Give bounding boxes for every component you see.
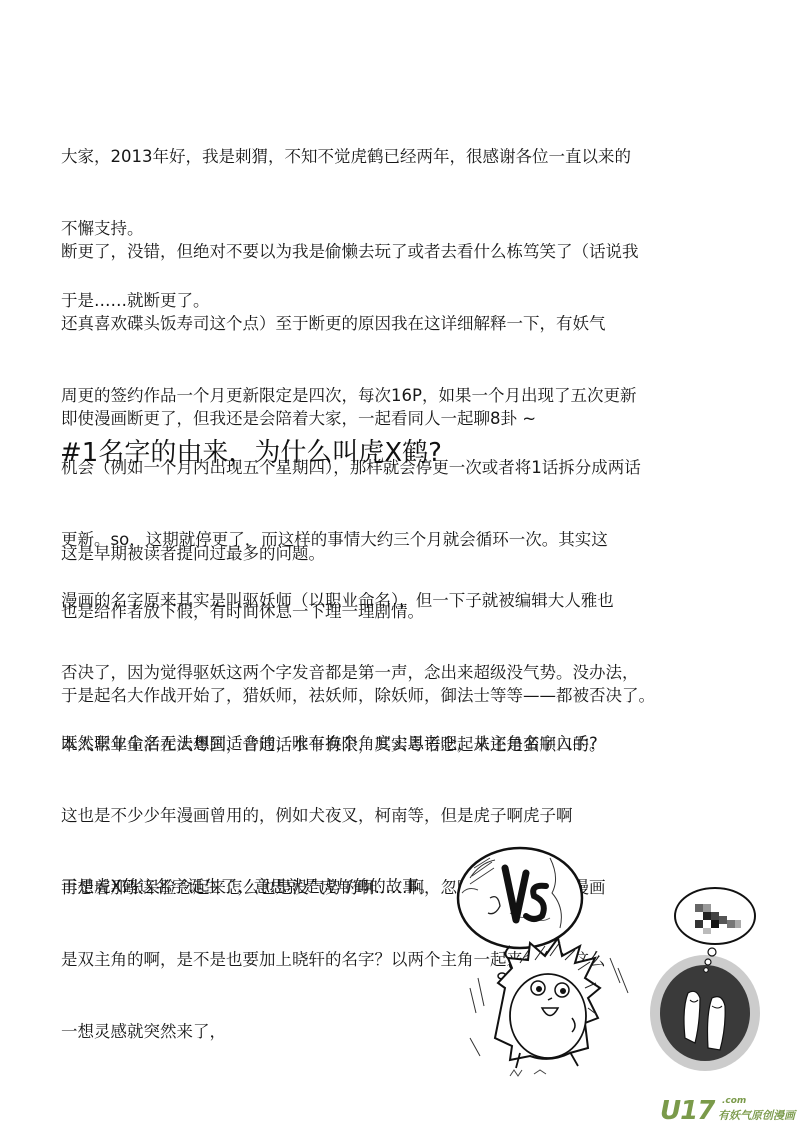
watermark-tagline: 有妖气原创漫画 [718, 1107, 795, 1123]
text-line: 还真喜欢碟头饭寿司这个点）至于断更的原因我在这详细解释一下，有妖气 [61, 312, 641, 336]
comic-page: 大家，2013年好，我是刺猬，不知不觉虎鹤已经两年，很感谢各位一直以来的 不懈支… [0, 0, 800, 1129]
text-line: 既然职业命名无法想到适合的，唯有换个角度去思考吧，从主角名字入手? [61, 732, 606, 756]
text-line: 于是虎X鹤这名字诞生了，意思就是虎与鹤的故事。 [61, 875, 435, 899]
section-heading: #1名字的由来，为什么叫虎X鹤? [60, 436, 442, 470]
hedgehog-mascot-icon [470, 938, 628, 1076]
u17-watermark-logo: U17 .com 有妖气原创漫画 [660, 1094, 796, 1126]
text-line: 断更了，没错，但绝对不要以为我是偷懒去玩了或者去看什么栋笃笑了（话说我 [61, 240, 641, 264]
text-line: 大家，2013年好，我是刺猬，不知不觉虎鹤已经两年，很感谢各位一直以来的 [61, 145, 631, 169]
section-paragraph-5: 于是虎X鹤这名字诞生了，意思就是虎与鹤的故事。 [61, 827, 435, 947]
hedgehog-illustration [450, 838, 790, 1088]
text-line: 这也是不少少年漫画曾用的，例如犬夜叉，柯南等，但是虎子啊虎子啊 [61, 804, 606, 828]
text-line: 即使漫画断更了，但我还是会陪着大家，一起看同人一起聊8卦 ~ [61, 407, 536, 431]
text-line: 漫画的名字原来其实是叫驱妖师（以职业命名），但一下子就被编辑大人雅也 [61, 589, 639, 613]
watermark-logo-text: U17 [660, 1098, 714, 1124]
watermark-domain: .com [722, 1096, 746, 1106]
